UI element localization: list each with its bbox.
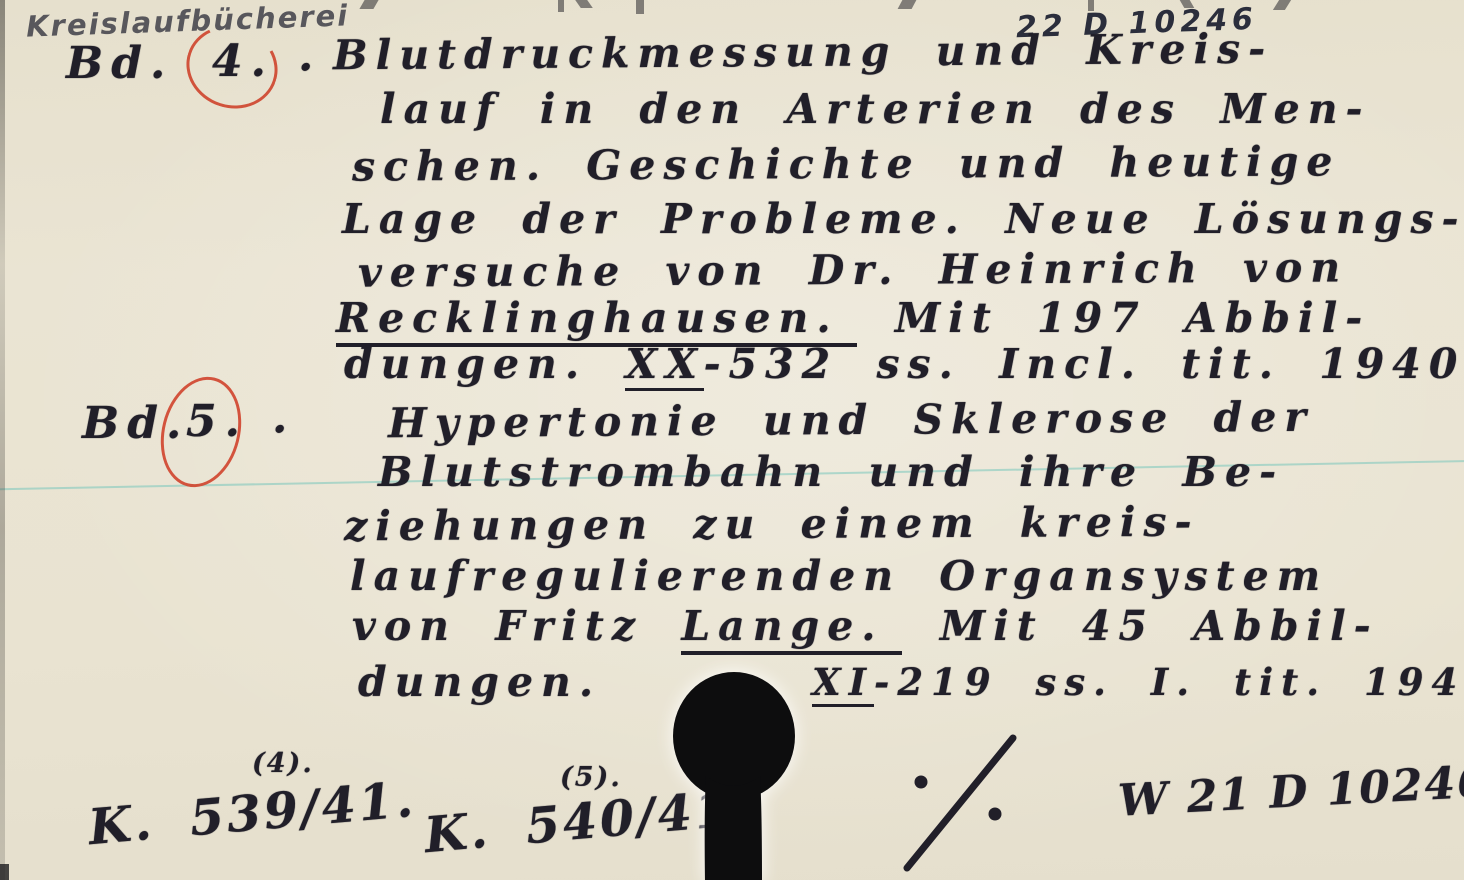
scan-artifact	[1273, 0, 1291, 10]
scan-artifact	[558, 0, 564, 12]
red-circle-volume-5	[150, 368, 253, 496]
entry5-line5-rest: Mit 45 Abbil-	[940, 602, 1379, 650]
entry4-line5: versuche von Dr. Heinrich von	[358, 243, 1348, 296]
entry5-line5: von Fritz Lange. Mit 45 Abbil-	[352, 602, 1379, 650]
accession-1-superscript: (4).	[252, 748, 314, 779]
entry4-line4: Lage der Probleme. Neue Lösungs-	[342, 195, 1464, 243]
entry4-line7-rest: -532 ss. Incl. tit. 1940.	[704, 340, 1464, 388]
scan-artifact	[636, 0, 644, 14]
shelfmark-bottom: W 21 D 10246	[1117, 756, 1464, 826]
entry4-line6: Recklinghausen. Mit 197 Abbil-	[336, 294, 1370, 342]
entry4-line7-start: dungen.	[344, 340, 587, 388]
entry4-line7: dungen. XX-532 ss. Incl. tit. 1940.	[344, 340, 1464, 388]
check-slash-mark-icon	[893, 726, 1029, 878]
scan-edge-shadow	[0, 0, 5, 880]
entry5-line1: Hypertonie und Sklerose der	[388, 393, 1314, 447]
entry5-line6-left: dungen.	[358, 658, 601, 706]
entry4-line3: schen. Geschichte und heutige	[352, 137, 1341, 190]
entry5-line3: ziehungen zu einem kreis-	[344, 498, 1200, 550]
volume-separator-5: ·	[272, 404, 295, 455]
entry5-line6-rest: -219 ss. I. tit. 1941.	[874, 660, 1464, 704]
accession-2-superscript: (5).	[560, 762, 622, 793]
punch-hole-icon	[648, 658, 828, 880]
scan-artifact	[575, 0, 593, 8]
scan-artifact	[898, 0, 917, 9]
entry4-pagination-roman: XX	[625, 340, 703, 391]
entry4-line6-rest: Mit 197 Abbil-	[895, 294, 1370, 342]
scan-artifact	[359, 0, 378, 9]
entry5-author-underlined: Lange.	[681, 602, 901, 655]
entry4-line2: lauf in den Arterien des Men-	[380, 85, 1371, 133]
scan-corner-mark	[0, 864, 9, 880]
entry4-line1: Blutdruckmessung und Kreis-	[333, 25, 1273, 80]
entry5-line6-right: XI-219 ss. I. tit. 1941.	[812, 660, 1464, 704]
volume-separator-4: ·	[298, 42, 321, 93]
entry5-line2: Blutstrombahn und ihre Be-	[378, 448, 1284, 496]
accession-1-number: K. 539/41.	[86, 770, 418, 856]
entry5-line4: laufregulierenden Organsystem	[350, 552, 1328, 600]
catalog-card: Kreislaufbücherei 22 D 10246 Bd. 4. · Bl…	[0, 0, 1464, 880]
entry5-line5-pre: von Fritz	[352, 602, 643, 650]
volume-label-4: Bd.	[66, 38, 173, 89]
